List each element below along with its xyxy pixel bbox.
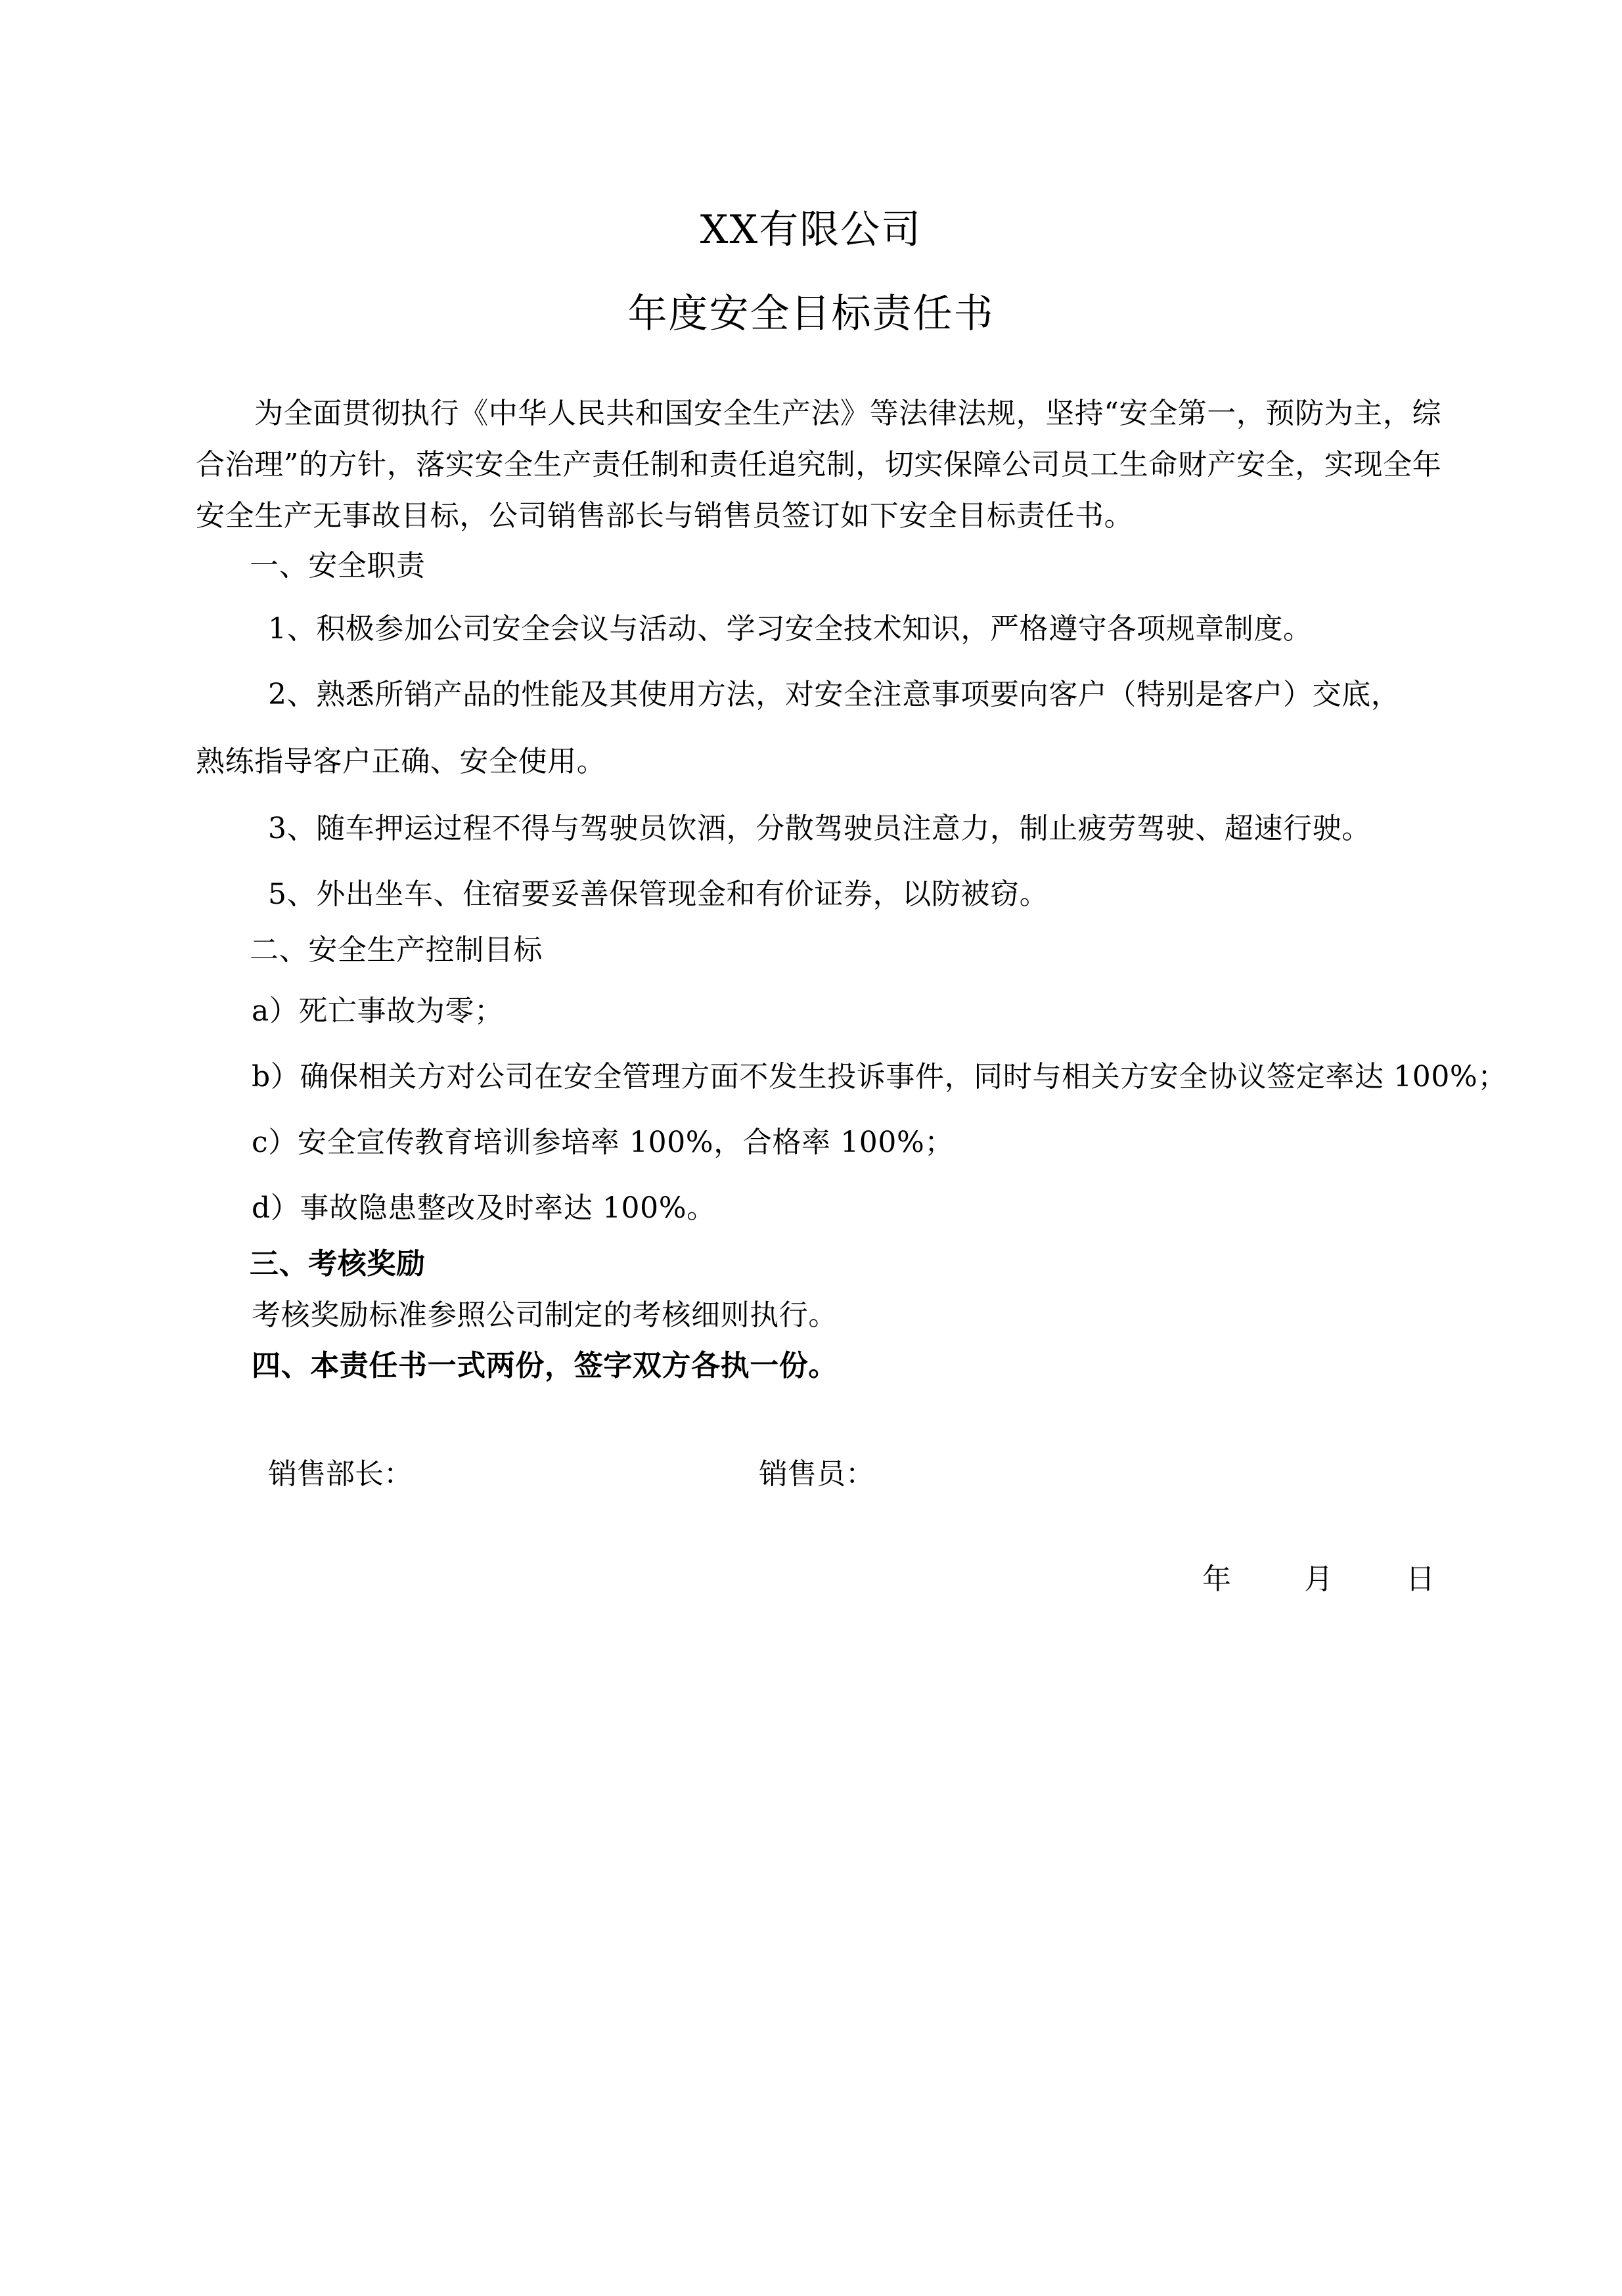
date-day: 日 bbox=[1406, 1560, 1435, 1599]
salesperson-signature-label: 销售员： bbox=[759, 1455, 874, 1494]
target-item: a）死亡事故为零； bbox=[252, 992, 504, 1031]
section-copies-note: 四、本责任书一式两份，签字双方各执一份。 bbox=[252, 1346, 838, 1386]
manager-signature-label: 销售部长： bbox=[268, 1455, 413, 1494]
target-item: b）确保相关方对公司在安全管理方面不发生投诉事件，同时与相关方安全协议签定率达 … bbox=[252, 1057, 1507, 1097]
target-item: d）事故隐患整改及时率达 100%。 bbox=[252, 1189, 716, 1228]
section-heading: 一、安全职责 bbox=[250, 546, 426, 586]
duty-item: 1、积极参加公司安全会议与活动、学习安全技术知识，严格遵守各项规章制度。 bbox=[268, 609, 1313, 649]
document-title: 年度安全目标责任书 bbox=[0, 288, 1622, 340]
section-body: 考核奖励标准参照公司制定的考核细则执行。 bbox=[252, 1296, 838, 1335]
intro-line: 合治理”的方针，落实安全生产责任制和责任追究制，切实保障公司员工生命财产安全，实… bbox=[196, 445, 1441, 485]
duty-item: 5、外出坐车、住宿要妥善保管现金和有价证券，以防被窃。 bbox=[268, 875, 1048, 914]
intro-line: 安全生产无事故目标，公司销售部长与销售员签订如下安全目标责任书。 bbox=[196, 497, 1133, 536]
company-title: XX有限公司 bbox=[0, 204, 1622, 256]
intro-line: 为全面贯彻执行《中华人民共和国安全生产法》等法律法规，坚持“安全第一，预防为主，… bbox=[254, 394, 1441, 433]
date-year: 年 bbox=[1202, 1560, 1231, 1599]
section-heading: 二、安全生产控制目标 bbox=[250, 931, 543, 970]
duty-item: 3、随车押运过程不得与驾驶员饮酒，分散驾驶员注意力，制止疲劳驾驶、超速行驶。 bbox=[268, 809, 1371, 849]
duty-item: 2、熟悉所销产品的性能及其使用方法，对安全注意事项要向客户（特别是客户）交底， bbox=[268, 675, 1400, 715]
section-heading: 三、考核奖励 bbox=[250, 1245, 426, 1284]
duty-item-continuation: 熟练指导客户正确、安全使用。 bbox=[196, 742, 606, 782]
target-item: c）安全宣传教育培训参培率 100%，合格率 100%； bbox=[252, 1123, 954, 1162]
document-page: XX有限公司 年度安全目标责任书 为全面贯彻执行《中华人民共和国安全生产法》等法… bbox=[0, 0, 1622, 2296]
date-month: 月 bbox=[1304, 1560, 1333, 1599]
